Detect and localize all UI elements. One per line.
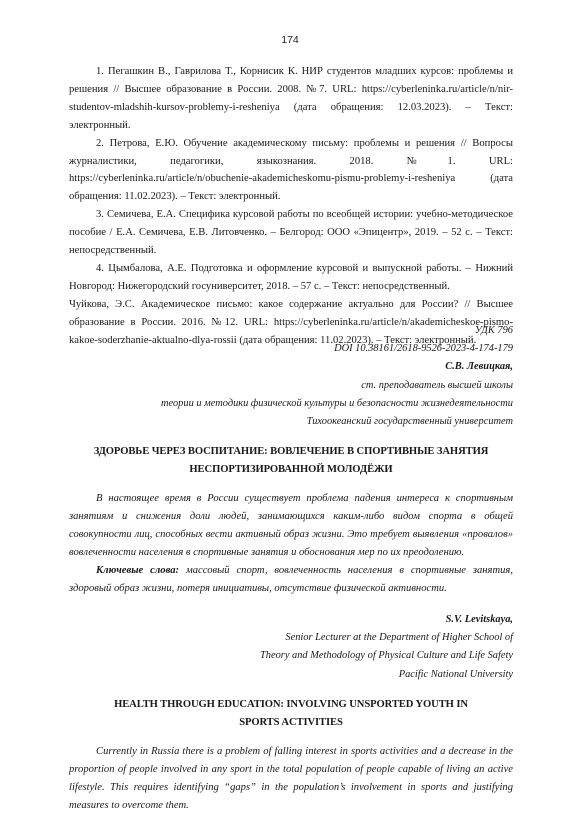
article-meta-en: S.V. Levitskaya, Senior Lecturer at the … [69,611,513,684]
reference-item: 3. Семичева, Е.А. Специфика курсовой раб… [69,206,513,260]
page-number: 174 [0,34,580,46]
article-meta-ru: УДК 796 DOI 10.38161/2618-9526-2023-4-17… [69,322,513,431]
article-title-ru: ЗДОРОВЬЕ ЧЕРЕЗ ВОСПИТАНИЕ: ВОВЛЕЧЕНИЕ В … [69,443,513,479]
abstract-ru: В настоящее время в России существует пр… [69,490,513,597]
author-affiliation-ru: Тихоокеанский государственный университе… [69,413,513,431]
keywords-ru-label: Ключевые слова: [96,565,179,576]
title-en-line-1: HEALTH THROUGH EDUCATION: INVOLVING UNSP… [69,696,513,714]
reference-item: 4. Цымбалова, А.Е. Подготовка и оформлен… [69,260,513,296]
abstract-en-text: Currently in Russia there is a problem o… [69,743,513,815]
title-ru-line-2: НЕСПОРТИЗИРОВАННОЙ МОЛОДЁЖИ [69,461,513,479]
abstract-en: Currently in Russia there is a problem o… [69,743,513,815]
reference-item: 2. Петрова, Е.Ю. Обучение академическому… [69,135,513,207]
keywords-ru: Ключевые слова: массовый спорт, вовлечен… [69,562,513,598]
author-position-en-2: Theory and Methodology of Physical Cultu… [69,647,513,665]
doi: DOI 10.38161/2618-9526-2023-4-174-179 [69,340,513,358]
author-position-ru-1: ст. преподаватель высшей школы [69,377,513,395]
author-affiliation-en: Pacific National University [69,666,513,684]
author-name-ru: С.В. Левицкая, [69,358,513,376]
udc-code: УДК 796 [69,322,513,340]
author-position-en-1: Senior Lecturer at the Department of Hig… [69,629,513,647]
reference-item: 1. Пегашкин В., Гаврилова Т., Корнисик К… [69,63,513,135]
reference-list: 1. Пегашкин В., Гаврилова Т., Корнисик К… [69,63,513,350]
title-en-line-2: SPORTS ACTIVITIES [69,714,513,732]
author-position-ru-2: теории и методики физической культуры и … [69,395,513,413]
title-ru-line-1: ЗДОРОВЬЕ ЧЕРЕЗ ВОСПИТАНИЕ: ВОВЛЕЧЕНИЕ В … [69,443,513,461]
article-title-en: HEALTH THROUGH EDUCATION: INVOLVING UNSP… [69,696,513,732]
author-name-en: S.V. Levitskaya, [69,611,513,629]
abstract-ru-text: В настоящее время в России существует пр… [69,490,513,562]
